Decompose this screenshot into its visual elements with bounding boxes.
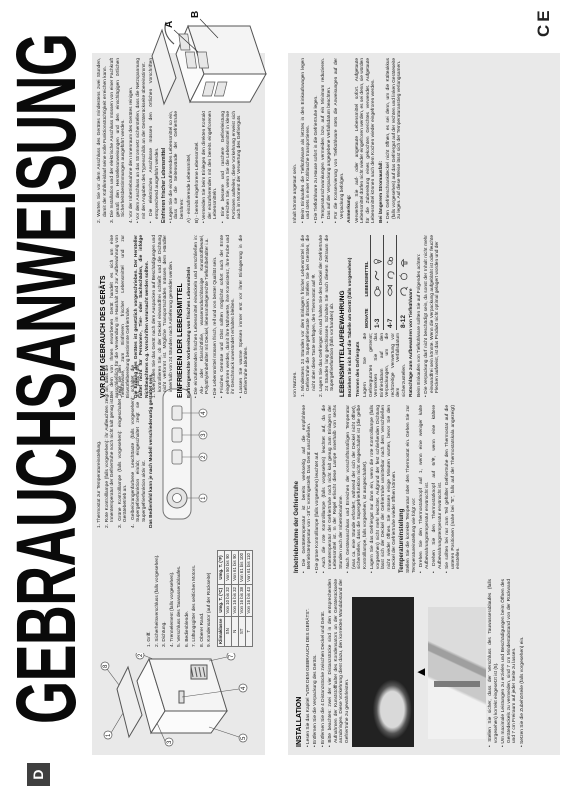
legend-item: 1. Griff. bbox=[147, 537, 153, 647]
vegetable-icon bbox=[386, 256, 395, 266]
bullet: • Stellen Sie sicher, dass der Verschlus… bbox=[488, 579, 499, 747]
bullet: • Nach Geräteanschluss und Erreichen der… bbox=[346, 405, 368, 573]
freezer-legend: 1. Griff. 2. Sicherheitsverschluss (fall… bbox=[147, 537, 253, 647]
storage-months-table: MONATE LEBENSMITTEL 1-3 4-7 bbox=[363, 235, 409, 330]
climate-class-table: Klimaklasse Umg. T. (°C) Umg. T. (°F) SN… bbox=[217, 550, 253, 647]
language-badge: D bbox=[27, 763, 50, 786]
climate-cell: T bbox=[245, 616, 252, 646]
sub-heading: Bei längerem Stromausfall: bbox=[379, 58, 385, 223]
bullet: • Die Verpackung darf nicht beschädigt s… bbox=[424, 235, 441, 397]
poultry-icon bbox=[399, 286, 408, 297]
climate-cell: SN bbox=[224, 616, 231, 646]
paragraph: Beim Einkaufen von Tiefkühlware sollten … bbox=[417, 235, 423, 397]
shrimp-icon bbox=[386, 270, 395, 280]
climate-header: Umg. T. (°F) bbox=[217, 550, 224, 584]
list-line: A) - einzufrierende Lebensmittel, bbox=[187, 111, 193, 223]
svg-text:8: 8 bbox=[103, 664, 109, 668]
bullet: • Lesen Sie das Kapitel "VOR DEM GEBRAUC… bbox=[306, 579, 312, 747]
svg-text:1: 1 bbox=[201, 496, 207, 500]
bullet: • Lassen Sie warme Speisen immer erst vo… bbox=[239, 235, 250, 398]
bullet: • Die grüne Kontrolllampe (falls vorgese… bbox=[315, 405, 321, 573]
svg-text:3: 3 bbox=[167, 740, 173, 744]
spacer-closeup-photo bbox=[352, 597, 414, 747]
section-heading: VOR DEM GEBRAUCH DES GERÄTS bbox=[100, 235, 108, 398]
bullet: • Die Gerätetemperatur ist bereits werks… bbox=[302, 405, 313, 573]
legend-item: 6. Bedienblende. bbox=[185, 537, 191, 647]
fish-icon bbox=[386, 285, 394, 297]
climate-cell: Von 61 bis 90 bbox=[231, 550, 238, 584]
paragraph: Bei dem von Ihnen erworbenen Gerät hande… bbox=[110, 235, 132, 398]
svg-text:3: 3 bbox=[201, 433, 207, 437]
fresh-freezing-block: Einfrieren frischer Lebensmittel • Legen… bbox=[162, 111, 243, 223]
storage-months: 4-7 bbox=[384, 299, 397, 330]
section-heading: EINFRIEREN DER LEBENSMITTEL bbox=[177, 235, 185, 398]
paragraph: Stellen Sie die korrekte Temperatur über… bbox=[406, 405, 417, 573]
numbered-item: 2. Warten Sie vor dem Anschluss des Gerä… bbox=[97, 58, 108, 223]
svg-text:2: 2 bbox=[138, 653, 144, 657]
chest-freezer-diagram-icon: 1 8 2 3 4 5 7 bbox=[99, 653, 257, 747]
storage-table-block: MONATE LEBENSMITTEL 1-3 4-7 bbox=[363, 235, 409, 397]
climate-cell: Von 16 bis 43 bbox=[245, 585, 252, 617]
numbered-item: 2. Lagern Sie das Gefriergut ein und hal… bbox=[319, 235, 336, 397]
bullet: • Um maximale Leistungen zu erzielen und… bbox=[501, 579, 518, 747]
rotated-landscape-page: D GEBRAUCHSANWEISUNG CE bbox=[0, 0, 564, 800]
climate-cell: N bbox=[231, 616, 238, 646]
bullet: • Eine bessere und raschere Gefrierleist… bbox=[221, 111, 243, 223]
sub-heading: Temperatureinstellung bbox=[400, 405, 406, 573]
sub-heading: Einfrieren frischer Lebensmittel bbox=[162, 111, 168, 223]
paragraph: Verwerten Sie auf- oder angetaute Lebens… bbox=[355, 58, 377, 223]
legend-item: 7. Lüftungsgitter des seitlichen Motors. bbox=[192, 537, 198, 647]
roast-icon bbox=[373, 286, 382, 297]
bullet: • Auch die rote Kontrolllampe (falls vor… bbox=[322, 405, 344, 573]
freezer-loading-illustration-icon: A B bbox=[146, 6, 294, 114]
legend-item: 9. Kondensator (auf der Rückseite) bbox=[207, 537, 213, 647]
storage-months: 8-12 bbox=[397, 299, 410, 330]
bullet: • Frisches Gemüse und Obst sollten mögli… bbox=[220, 235, 237, 398]
svg-text:4: 4 bbox=[201, 411, 207, 415]
section-before-use: VOR DEM GEBRAUCH DES GERÄTS Bei dem von … bbox=[97, 235, 252, 398]
legend-item: 5. Verschluss des Tauwasserablaufes. bbox=[177, 537, 183, 647]
fruit-icon bbox=[399, 272, 408, 281]
bullet: • Beim Einkaufen die Tiefkühlware als le… bbox=[301, 58, 312, 223]
sausage-icon bbox=[373, 270, 382, 281]
bullet: • Lagern Sie das Gefriergut nur dann ein… bbox=[370, 405, 398, 573]
sub-heading: Trennen des Gefrierguts bbox=[356, 235, 362, 397]
bullet: • Drehen Sie den Thermostatknopf auf 1, … bbox=[419, 405, 430, 573]
bullet: • Für die Konservierung von Tiefkühlware… bbox=[334, 58, 345, 223]
sub-heading: Anmerkung: bbox=[347, 58, 353, 223]
freezer-corner-photo bbox=[428, 607, 486, 739]
ce-mark-icon: CE bbox=[534, 7, 554, 37]
climate-header: Umg. T. (°C) bbox=[217, 585, 224, 617]
legend-item: 2. Sicherheitsverschluss (falls vorgeseh… bbox=[155, 537, 161, 647]
control-panel-diagram-icon: 1 2 3 4 bbox=[159, 388, 209, 520]
list-line: B) - bereits eingefrorene Lebensmittel. bbox=[195, 111, 201, 223]
svg-text:5: 5 bbox=[241, 736, 247, 740]
section-heading: LEBENSMITTELAUFBEWAHRUNG bbox=[339, 235, 347, 397]
mushroom-icon bbox=[399, 258, 408, 268]
storage-months: 1-3 bbox=[371, 299, 384, 330]
section-heading: INSTALLATION bbox=[296, 579, 304, 747]
bullet: • Entfernen Sie die 4 Distanzstücke zwis… bbox=[321, 579, 327, 747]
svg-text:7: 7 bbox=[229, 654, 235, 658]
bullet: • Entfernen Sie die Verpackung des Gerät… bbox=[313, 579, 319, 747]
bullet: • Sie sollten bei nur zum Teil gefüllter… bbox=[445, 405, 462, 573]
storage-food-icons bbox=[371, 235, 384, 299]
sub-heading: Einfriergerechte Vorbereitung von frisch… bbox=[187, 235, 193, 398]
svg-text:B: B bbox=[190, 11, 201, 18]
section-startup: Inbetriebnahme der Gefriertruhe • Die Ge… bbox=[293, 405, 464, 573]
up-arrow-icon: ▲ bbox=[416, 597, 426, 747]
overflow-line: Inhalt könnte angetaut sein. bbox=[293, 58, 299, 223]
storage-header: MONATE bbox=[363, 299, 371, 330]
bullet: • Setzen Sie die Zubehörteile (falls vor… bbox=[520, 579, 526, 747]
dessert-icon bbox=[373, 257, 382, 266]
numbered-item: 4. Vor der Inbetriebnahme den Innenraum … bbox=[129, 58, 135, 223]
paragraph: Beziehen Sie sich auf die Tabelle am Ger… bbox=[348, 235, 354, 397]
climate-cell: Von 10 bis 32 bbox=[224, 585, 231, 617]
legend-item: 3. Dichtung. bbox=[162, 537, 168, 647]
manual-page: D GEBRAUCHSANWEISUNG CE bbox=[0, 0, 564, 800]
bullet: • Die Tiefkühlware zu Hause sofort in di… bbox=[314, 58, 320, 223]
paragraph-legal: Die Erdung des Gerätes ist gesetzlich vo… bbox=[134, 235, 151, 398]
storage-food-icons bbox=[384, 235, 397, 299]
sub-heading: Inbetriebnahme der Gefriertruhe bbox=[295, 405, 301, 573]
bullet: • Den Gefrierschrankdeckel nicht öffnen,… bbox=[386, 58, 403, 223]
svg-text:4: 4 bbox=[241, 686, 247, 690]
sub-heading: Ratschläge zum Aufbewahren von Tiefkühlw… bbox=[409, 235, 415, 397]
overflow-line: von Nutzen. bbox=[293, 235, 299, 397]
bullet: • Die Lebensmittel müssen frisch, reif u… bbox=[213, 235, 219, 398]
climate-cell: Von 61 bis 110 bbox=[245, 550, 252, 584]
section-storage: von Nutzen. 1. Mindestens 24 Stunden vor… bbox=[293, 235, 443, 397]
page-title: GEBRAUCHSANWEISUNG bbox=[10, 34, 82, 724]
bullet: • Temperaturschwankungen vermeiden bzw. … bbox=[321, 58, 332, 223]
bullet: • Bitte beachten: zwei der vier Distanzs… bbox=[328, 579, 350, 747]
numbered-item: 3. Die Installation und der elektrische … bbox=[110, 58, 127, 223]
climate-cell: Von 16 bis 38 bbox=[238, 585, 245, 617]
storage-header: LEBENSMITTEL bbox=[363, 235, 371, 299]
bullet: • Drehen Sie den Thermostatknopf auf 6/❄… bbox=[432, 405, 443, 573]
numbered-item: 1. Überprüfen Sie das Gerät nach dem Aus… bbox=[152, 235, 174, 398]
svg-text:A: A bbox=[164, 21, 175, 28]
section-installation: INSTALLATION • Lesen Sie das Kapitel "VO… bbox=[293, 579, 527, 747]
bullet: • Die einzufrierenden frischen Lebensmit… bbox=[194, 235, 211, 398]
legend-item: 4. Trennelement (falls vorgesehen). bbox=[170, 537, 176, 647]
climate-cell: Von 61 bis 100 bbox=[238, 550, 245, 584]
panel-bottom: INSTALLATION • Lesen Sie das Kapitel "VO… bbox=[288, 53, 560, 755]
section-thawing: Inhalt könnte angetaut sein. • Beim Eink… bbox=[293, 58, 405, 223]
climate-cell: ST bbox=[238, 616, 245, 646]
climate-cell: Von 50 bis 90 bbox=[224, 550, 231, 584]
climate-header: Klimaklasse bbox=[217, 616, 224, 646]
bullet: • Vermeiden Sie beim Einlegen den direkt… bbox=[202, 111, 219, 223]
svg-text:2: 2 bbox=[201, 455, 207, 459]
panel-top: 1 8 2 3 4 5 7 1. Griff. 2. Sicherheitsve… bbox=[92, 53, 265, 755]
svg-text:1: 1 bbox=[106, 733, 112, 737]
climate-cell: Von 16 bis 32 bbox=[231, 585, 238, 617]
bullet: • Legen Sie die einzufrierenden Lebensmi… bbox=[169, 111, 186, 223]
numbered-item: 1. Mindestens 24 Stunden vor dem Einlage… bbox=[301, 235, 318, 397]
storage-food-icons bbox=[397, 235, 410, 299]
legend-item: 8. Oberer Rand. bbox=[200, 537, 206, 647]
